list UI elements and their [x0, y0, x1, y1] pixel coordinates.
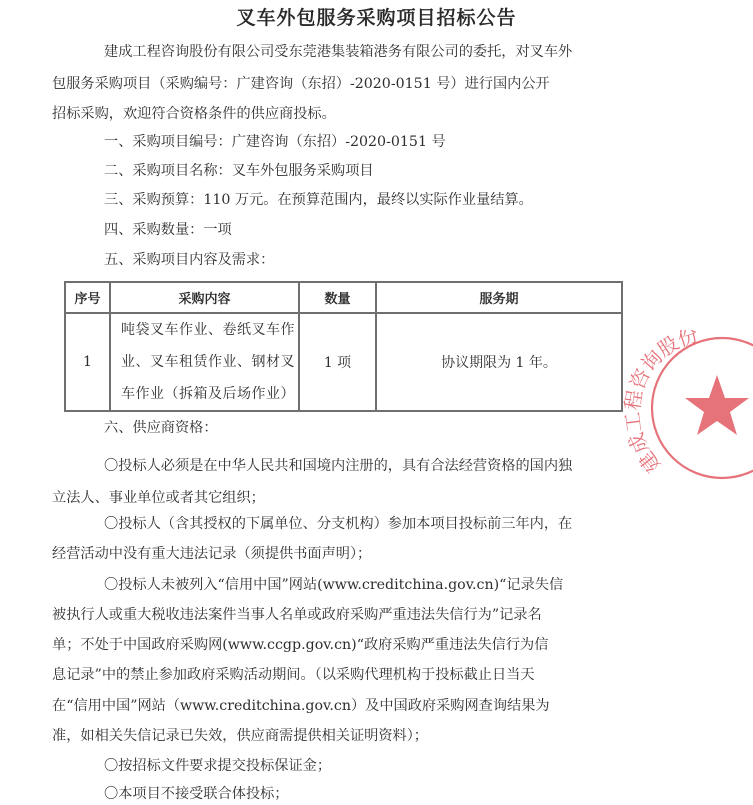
section-supplier-qualification: 六、供应商资格： [104, 418, 218, 438]
section-project-name: 二、采购项目名称：叉车外包服务采购项目 [104, 161, 374, 181]
cell-content: 吨袋叉车作业、卷纸叉车作 业、叉车租赁作业、钢材叉 车作业（拆箱及后场作业） [110, 313, 299, 411]
qualification-line-5: 〇投标人未被列入“信用中国”网站(www.creditchina.gov.cn)… [104, 575, 563, 595]
qualification-line-12: 〇本项目不接受联合体投标； [104, 784, 288, 804]
qualification-line-9: 在“信用中国”网站（www.creditchina.gov.cn）及中国政府采购… [52, 696, 550, 716]
header-content: 采购内容 [110, 282, 299, 313]
table-header-row: 序号 采购内容 数量 服务期 [65, 282, 622, 313]
requirements-table: 序号 采购内容 数量 服务期 1 吨袋叉车作业、卷纸叉车作 业、叉车租赁作业、钢… [64, 281, 623, 412]
qualification-line-8: 息记录”中的禁止参加政府采购活动期间。（以采购代理机构于投标截止日当天 [52, 665, 535, 685]
qualification-line-11: 〇按招标文件要求提交投标保证金； [104, 756, 331, 776]
intro-line-2: 包服务采购项目（采购编号：广建咨询（东招）-2020-0151 号）进行国内公开 [52, 74, 550, 94]
svg-text:建成工程咨询股份: 建成工程咨询股份 [622, 330, 701, 477]
content-line-1: 吨袋叉车作业、卷纸叉车作 [121, 314, 298, 346]
qualification-line-10: 准，如相关失信记录已失效，供应商需提供相关证明资料）； [52, 726, 428, 746]
seal-text: 建成工程咨询股份 [622, 330, 701, 477]
qualification-line-1: 〇投标人必须是在中华人民共和国境内注册的，具有合法经营资格的国内独 [104, 456, 572, 476]
content-line-3: 车作业（拆箱及后场作业） [121, 378, 298, 410]
header-quantity: 数量 [299, 282, 376, 313]
intro-line-3: 招标采购，欢迎符合资格条件的供应商投标。 [52, 104, 336, 124]
seal-star-icon [685, 375, 749, 435]
tender-announcement-page: 叉车外包服务采购项目招标公告 建成工程咨询股份有限公司受东莞港集装箱港务有限公司… [0, 0, 753, 805]
company-seal-icon: 建成工程咨询股份 [622, 330, 753, 480]
content-line-2: 业、叉车租赁作业、钢材叉 [121, 346, 298, 378]
section-content-requirements: 五、采购项目内容及需求： [104, 250, 274, 270]
document-title: 叉车外包服务采购项目招标公告 [0, 3, 753, 30]
cell-service-period: 协议期限为 1 年。 [376, 313, 622, 411]
qualification-line-7: 单；不处于中国政府采购网(www.ccgp.gov.cn)“政府采购严重违法失信… [52, 635, 548, 655]
cell-quantity: 1 项 [299, 313, 376, 411]
intro-line-1: 建成工程咨询股份有限公司受东莞港集装箱港务有限公司的委托，对叉车外 [104, 42, 572, 62]
section-quantity: 四、采购数量：一项 [104, 220, 232, 240]
cell-seq: 1 [65, 313, 110, 411]
qualification-line-6: 被执行人或重大税收违法案件当事人名单或政府采购严重违法失信行为”记录名 [52, 605, 542, 625]
header-seq: 序号 [65, 282, 110, 313]
section-budget: 三、采购预算：110 万元。在预算范围内，最终以实际作业量结算。 [104, 190, 533, 210]
table-row: 1 吨袋叉车作业、卷纸叉车作 业、叉车租赁作业、钢材叉 车作业（拆箱及后场作业）… [65, 313, 622, 411]
header-service-period: 服务期 [376, 282, 622, 313]
qualification-line-3: 〇投标人（含其授权的下属单位、分支机构）参加本项目投标前三年内，在 [104, 514, 572, 534]
qualification-line-4: 经营活动中没有重大违法记录（须提供书面声明）； [52, 544, 371, 564]
qualification-line-2: 立法人、事业单位或者其它组织； [52, 488, 265, 508]
section-project-number: 一、采购项目编号：广建咨询（东招）-2020-0151 号 [104, 132, 446, 152]
